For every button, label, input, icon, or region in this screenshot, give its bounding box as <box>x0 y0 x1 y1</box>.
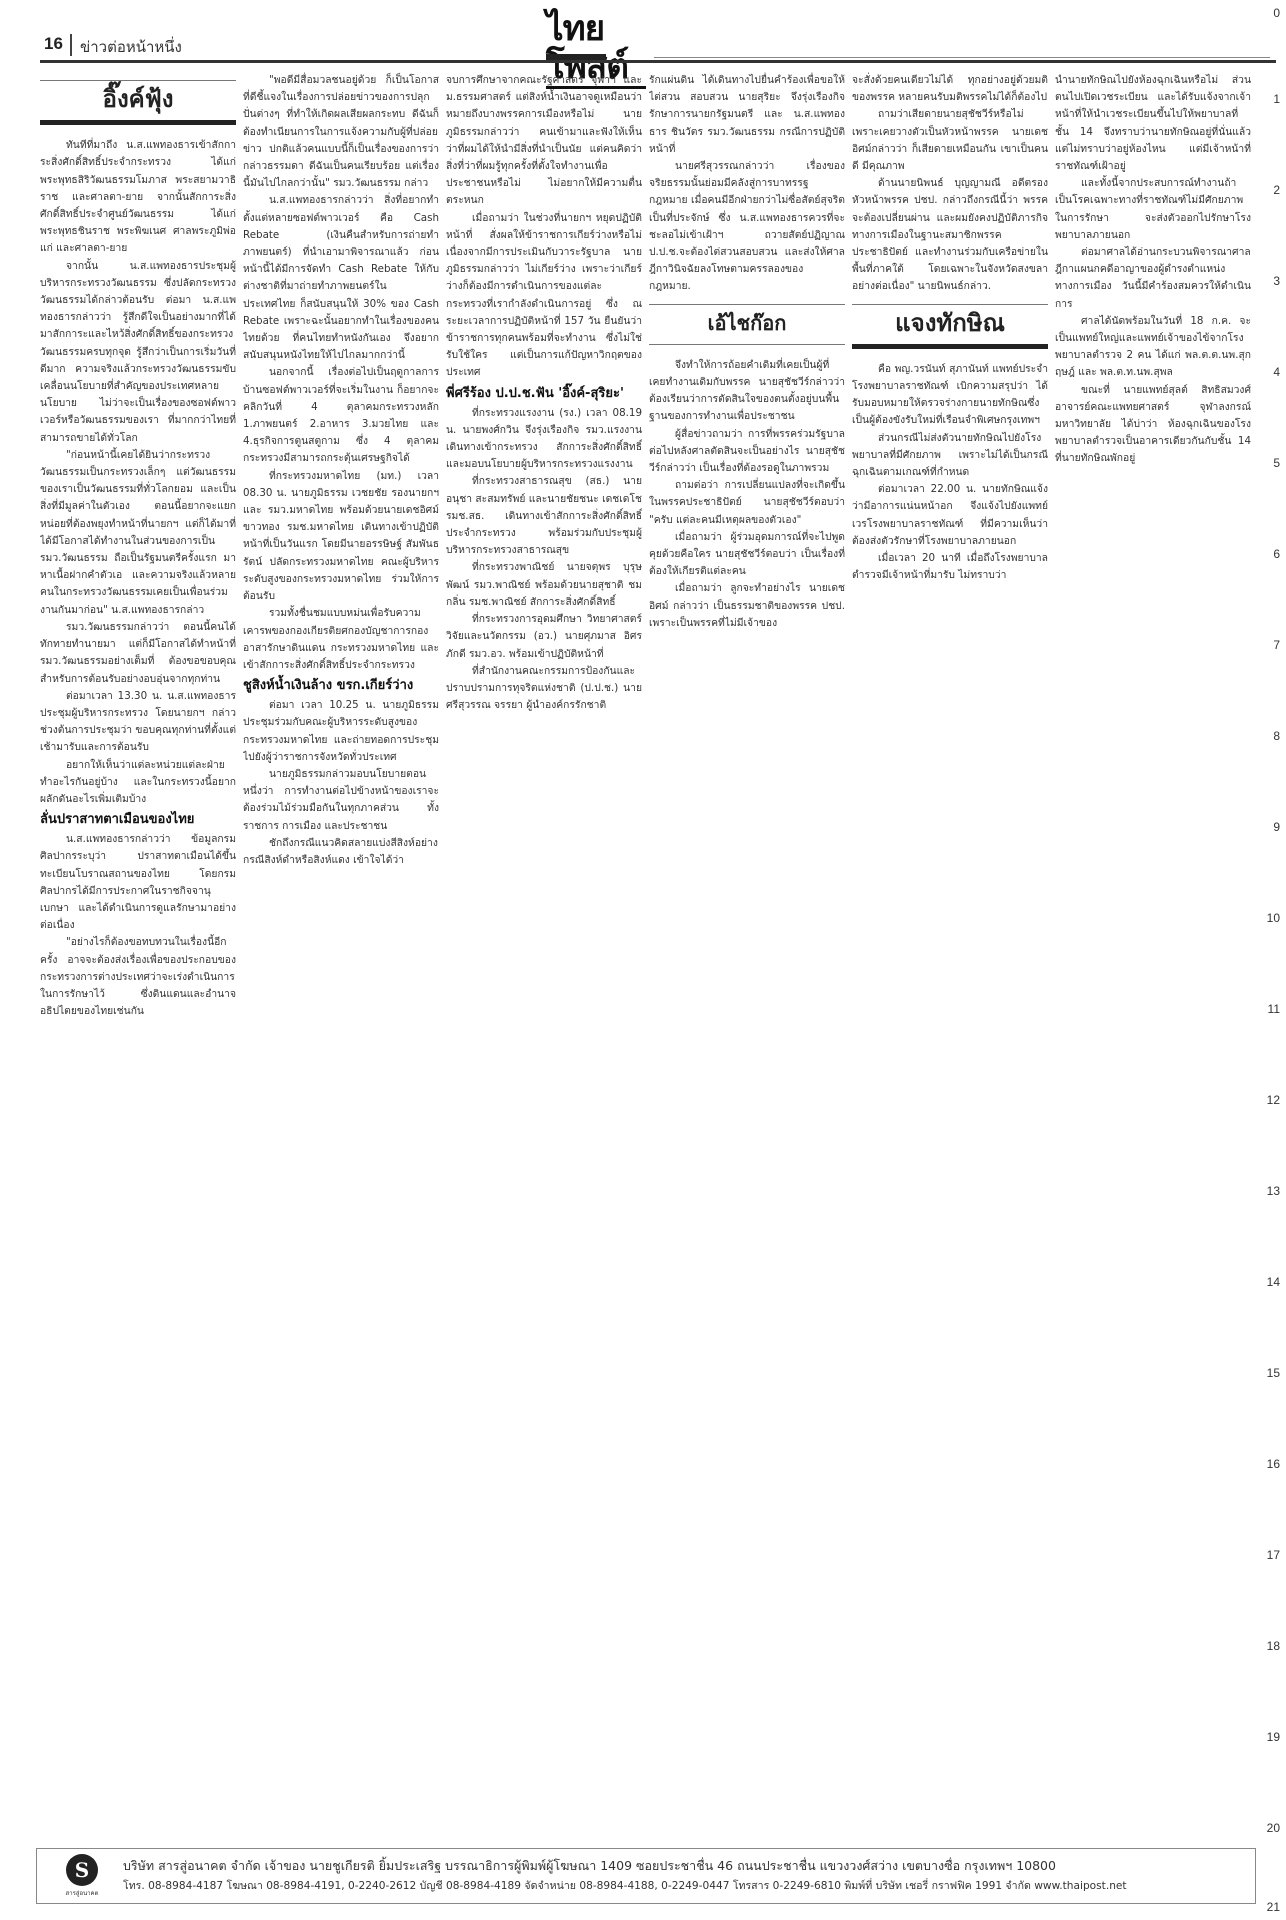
paragraph: นอกจากนี้ เรื่องต่อไปเป็นฤดูกาลการบ้านซอ… <box>243 364 439 467</box>
subheading: พี่ศรีร้อง ป.ป.ช.ฟัน 'อิ๊งค์-สุริยะ' <box>446 384 642 403</box>
paragraph: ต่อมาศาลได้อ่านกระบวนพิจารณาศาลฎีกาแผนกค… <box>1055 244 1251 313</box>
paragraph: เมื่อถามว่า ลูกจะทำอย่างไร นายเดชอิศม์ ก… <box>649 580 845 632</box>
masthead-rule <box>40 60 1276 63</box>
ruler-mark: 2 <box>1273 183 1280 197</box>
column-3: จบการศึกษาจากคณะรัฐศาสตร์ จุฬาฯ และ ม.ธร… <box>446 72 642 1840</box>
paragraph: และทั้งนี้จากประสบการณ์ทำงานถ้าเป็นโรคเฉ… <box>1055 175 1251 244</box>
column-4: รักแผ่นดิน ได้เดินทางไปยื่นคำร้องเพื่อขอ… <box>649 72 845 1840</box>
ruler-mark: 12 <box>1267 1093 1280 1107</box>
paragraph: อยากให้เห็นว่าแต่ละหน่วยแต่ละฝ่ายทำอะไรก… <box>40 757 236 809</box>
column-5: จะสั่งด้วยคนเดียวไม่ได้ ทุกอย่างอยู่ด้วย… <box>852 72 1048 1840</box>
publisher-s-icon: S <box>66 1854 98 1886</box>
ruler-mark: 4 <box>1273 365 1280 379</box>
paragraph: น.ส.แพทองธารกล่าวว่า ข้อมูลกรมศิลปากรระบ… <box>40 831 236 934</box>
headline-jaeng-thaksin: แจงทักษิณ <box>852 304 1048 349</box>
publisher-line-2: โทร. 08-8984-4187 โฆษณา 08-8984-4191, 0-… <box>123 1876 1127 1896</box>
ruler-mark: 9 <box>1273 820 1280 834</box>
column-6: นำนายทักษิณไปยังห้องฉุกเฉินหรือไม่ ส่วนต… <box>1055 72 1251 1840</box>
paragraph: เมื่อเวลา 20 นาที เมื่อถึงโรงพยาบาลตำรวจ… <box>852 550 1048 584</box>
ruler-mark: 14 <box>1267 1275 1280 1289</box>
subheading: ชูสิงห์น้ำเงินล้าง ขรก.เกียร์ว่าง <box>243 676 439 695</box>
article-columns: อิ๊งค์ฟุ้ง ทันทีที่มาถึง น.ส.แพทองธารเข้… <box>40 72 1250 1840</box>
newspaper-logo: ไทยโพสต์ <box>546 10 646 62</box>
headline-ing-fung: อิ๊งค์ฟุ้ง <box>40 80 236 125</box>
section-title: ข่าวต่อหน้าหนึ่ง <box>80 35 182 59</box>
paragraph: ที่กระทรวงการอุดมศึกษา วิทยาศาสตร์ วิจัย… <box>446 611 642 663</box>
paragraph: ถามว่าเสียดายนายสุชัชวีร์หรือไม่ เพราะเค… <box>852 106 1048 175</box>
paragraph: ชักถึงกรณีแนวคิดสลายแบ่งสีสิงห์อย่างกรณี… <box>243 835 439 869</box>
paragraph: จะสั่งด้วยคนเดียวไม่ได้ ทุกอย่างอยู่ด้วย… <box>852 72 1048 106</box>
paragraph: "พอดีมีสื่อมวลชนอยู่ด้วย ก็เป็นโอกาสที่ด… <box>243 72 439 192</box>
headline-ae-chai-kok: เอ้ไชก๊อก <box>649 304 845 345</box>
paragraph: ส่วนกรณีไม่ส่งตัวนายทักษิณไปยังโรงพยาบาล… <box>852 430 1048 482</box>
paragraph: ขณะที่ นายแพทย์สุลต์ สิทธิสมวงศ์ อาจารย์… <box>1055 382 1251 468</box>
ruler-mark: 1 <box>1273 92 1280 106</box>
masthead: 16 ข่าวต่อหน้าหนึ่ง ไทยโพสต์ <box>34 0 1272 68</box>
paragraph: ที่กระทรวงพาณิชย์ นายจตุพร บุรุษพัฒน์ รม… <box>446 559 642 611</box>
paragraph: เมื่อถามว่า ในช่วงที่นายกฯ หยุดปฏิบัติหน… <box>446 210 642 382</box>
ruler-mark: 17 <box>1267 1548 1280 1562</box>
paragraph: ที่สำนักงานคณะกรรมการป้องกันและปราบปรามก… <box>446 663 642 715</box>
publisher-line-1: บริษัท สารสู่อนาคต จำกัด เจ้าของ นายชูเก… <box>123 1856 1127 1876</box>
paragraph: รมว.วัฒนธรรมกล่าวว่า ตอนนี้คนได้ทักทายทำ… <box>40 619 236 688</box>
subheading: ลั่นปราสาทตาเมือนของไทย <box>40 810 236 829</box>
paragraph: "อย่างไรก็ต้องขอทบทวนในเรื่องนี้อีกครั้ง… <box>40 934 236 1020</box>
column-1: อิ๊งค์ฟุ้ง ทันทีที่มาถึง น.ส.แพทองธารเข้… <box>40 72 236 1840</box>
paragraph: ต่อมาเวลา 13.30 น. น.ส.แพทองธารประชุมผู้… <box>40 688 236 757</box>
paragraph: นายศรีสุวรรณกล่าวว่า เรื่องของจริยธรรมนั… <box>649 158 845 296</box>
masthead-thin-rule <box>654 57 1270 58</box>
ruler-mark: 20 <box>1267 1821 1280 1835</box>
ruler-mark: 7 <box>1273 638 1280 652</box>
ruler-mark: 21 <box>1267 1900 1280 1914</box>
paragraph: รวมทั้งชื่นชมแบบหม่นเพื่อรับความเคารพของ… <box>243 605 439 674</box>
paragraph: ผู้สื่อข่าวถามว่า การที่พรรคร่วมรัฐบาลต่… <box>649 426 845 478</box>
ruler-mark: 8 <box>1273 729 1280 743</box>
ruler-mark: 5 <box>1273 456 1280 470</box>
publisher-logo-caption: สารสู่อนาคต <box>66 1888 99 1898</box>
publisher-footer: S สารสู่อนาคต บริษัท สารสู่อนาคต จำกัด เ… <box>36 1848 1256 1904</box>
ruler-mark: 15 <box>1267 1366 1280 1380</box>
paragraph: จากนั้น น.ส.แพทองธารประชุมผู้บริหารกระทร… <box>40 258 236 447</box>
column-2: "พอดีมีสื่อมวลชนอยู่ด้วย ก็เป็นโอกาสที่ด… <box>243 72 439 1840</box>
paragraph: ด้านนายนิพนธ์ บุญญามณี อดีตรองหัวหน้าพรร… <box>852 175 1048 295</box>
ruler-mark: 16 <box>1267 1457 1280 1471</box>
paragraph: ที่กระทรวงแรงงาน (รง.) เวลา 08.19 น. นาย… <box>446 405 642 474</box>
paragraph: น.ส.แพทองธารกล่าวว่า สิ่งที่อยากทำตั้งแต… <box>243 192 439 364</box>
page-number: 16 <box>44 34 72 56</box>
ruler-mark: 6 <box>1273 547 1280 561</box>
ruler-mark: 3 <box>1273 274 1280 288</box>
paragraph: รักแผ่นดิน ได้เดินทางไปยื่นคำร้องเพื่อขอ… <box>649 72 845 158</box>
ruler-mark: 13 <box>1267 1184 1280 1198</box>
ruler-mark: 19 <box>1267 1730 1280 1744</box>
ruler-mark: 11 <box>1268 1002 1280 1016</box>
paragraph: ที่กระทรวงสาธารณสุข (สธ.) นายอนุชา สะสมท… <box>446 473 642 559</box>
ruler-mark: 0 <box>1273 6 1280 20</box>
ruler-mark: 18 <box>1267 1639 1280 1653</box>
paragraph: ต่อมา เวลา 10.25 น. นายภูมิธรรมประชุมร่ว… <box>243 697 439 766</box>
paragraph: ทันทีที่มาถึง น.ส.แพทองธารเข้าสักการะสิ่… <box>40 137 236 257</box>
publisher-info: บริษัท สารสู่อนาคต จำกัด เจ้าของ นายชูเก… <box>123 1856 1127 1896</box>
paragraph: ถามต่อว่า การเปลี่ยนแปลงที่จะเกิดขึ้น ใน… <box>649 477 845 529</box>
paragraph: ต่อมาเวลา 22.00 น. นายทักษิณแจ้งว่ามีอาก… <box>852 481 1048 550</box>
paragraph: ที่กระทรวงมหาดไทย (มท.) เวลา 08.30 น. นา… <box>243 468 439 606</box>
page-ruler: 0 1 2 3 4 5 6 7 8 9 10 11 12 13 14 15 16… <box>1262 0 1286 1920</box>
paragraph: ศาลได้นัดพร้อมในวันที่ 18 ก.ค. จะเป็นแพท… <box>1055 313 1251 382</box>
paragraph: "ก่อนหน้านี้เคยได้ยินว่ากระทรวงวัฒนธรรมเ… <box>40 447 236 619</box>
paragraph: คือ พญ.วรนันท์ สุภานันท์ แพทย์ประจำโรงพย… <box>852 361 1048 430</box>
ruler-mark: 10 <box>1267 911 1280 925</box>
paragraph: จึงทำให้การถ้อยคำเดิมที่เคยเป็นผู้ที่เคย… <box>649 357 845 426</box>
publisher-logo: S สารสู่อนาคต <box>51 1854 113 1898</box>
paragraph: จบการศึกษาจากคณะรัฐศาสตร์ จุฬาฯ และ ม.ธร… <box>446 72 642 210</box>
paragraph: เมื่อถามว่า ผู้ร่วมอุดมการณ์ที่จะไปพูดคุ… <box>649 529 845 581</box>
paragraph: นายภูมิธรรมกล่าวมอบนโยบายตอนหนึ่งว่า การ… <box>243 766 439 835</box>
paragraph: นำนายทักษิณไปยังห้องฉุกเฉินหรือไม่ ส่วนต… <box>1055 72 1251 175</box>
